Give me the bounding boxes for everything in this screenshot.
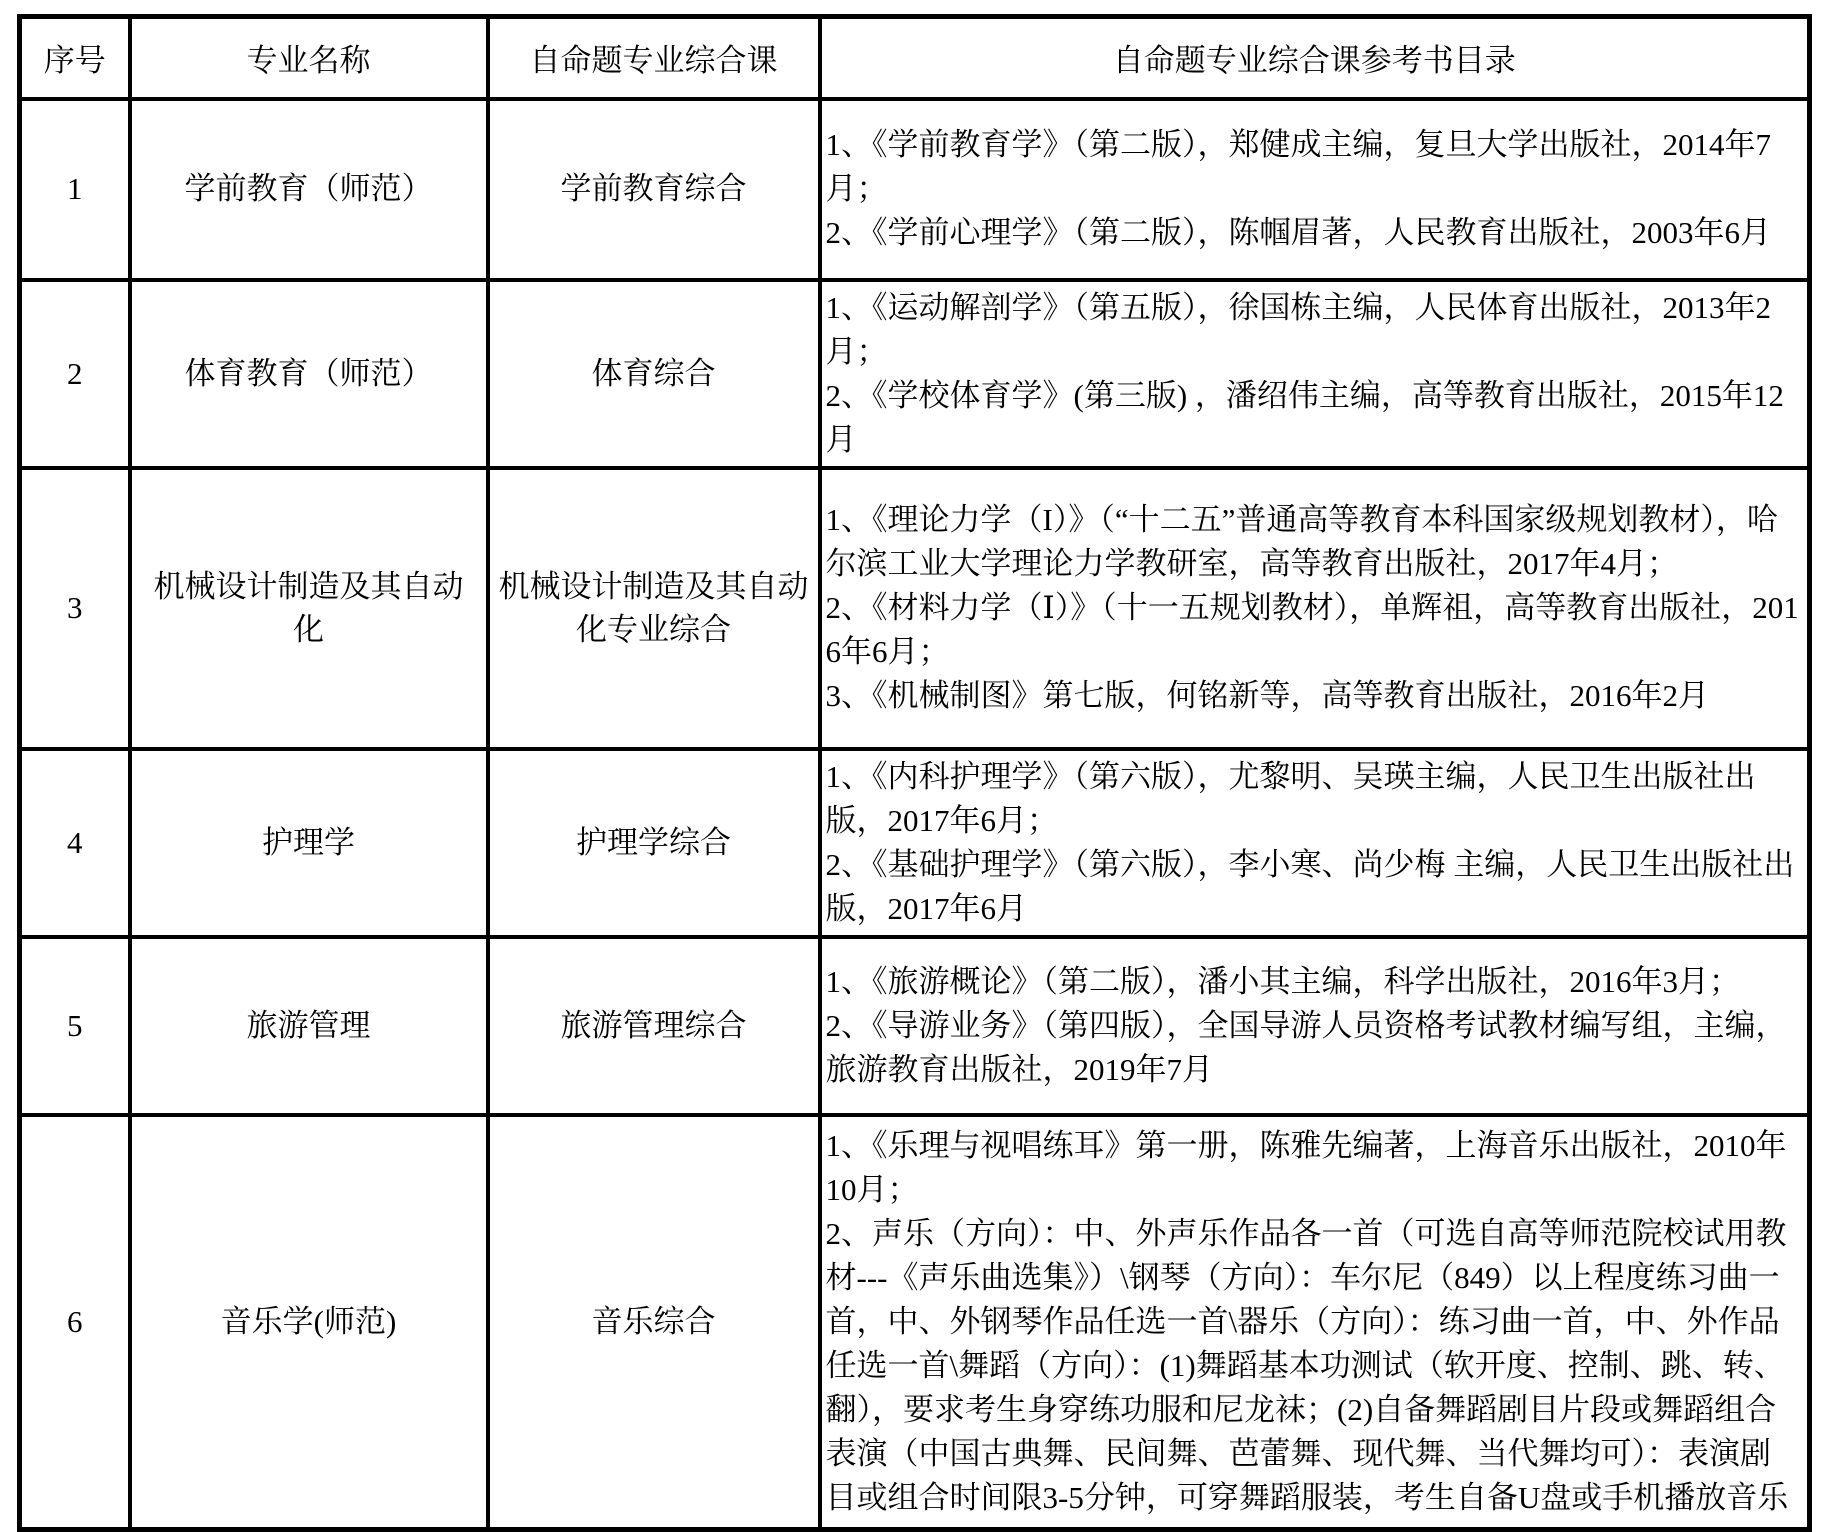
row-number: 4	[20, 749, 130, 937]
row-number: 2	[20, 280, 130, 468]
refs-cell: 1、《乐理与视唱练耳》第一册，陈雅先编著，上海音乐出版社，2010年10月；2、…	[820, 1115, 1810, 1530]
reference-item: 1、《运动解剖学》（第五版），徐国栋主编，人民体育出版社，2013年2月；	[826, 286, 1802, 374]
refs-cell: 1、《学前教育学》（第二版），郑健成主编，复旦大学出版社，2014年7月；2、《…	[820, 99, 1810, 280]
table-body: 1 学前教育（师范） 学前教育综合 1、《学前教育学》（第二版），郑健成主编，复…	[20, 99, 1810, 1530]
reference-item: 2、声乐（方向）：中、外声乐作品各一首（可选自高等师范院校试用教材---《声乐曲…	[826, 1212, 1802, 1520]
course-name: 机械设计制造及其自动化专业综合	[488, 468, 820, 749]
reference-item: 1、《理论力学（I）》（“十二五”普通高等教育本科国家级规划教材），哈尔滨工业大…	[826, 498, 1802, 586]
refs-cell: 1、《运动解剖学》（第五版），徐国栋主编，人民体育出版社，2013年2月；2、《…	[820, 280, 1810, 468]
header-cell-refs: 自命题专业综合课参考书目录	[820, 17, 1810, 99]
major-name: 护理学	[130, 749, 488, 937]
course-name: 旅游管理综合	[488, 937, 820, 1115]
major-name: 音乐学(师范)	[130, 1115, 488, 1530]
header-cell-no: 序号	[20, 17, 130, 99]
table-row: 3 机械设计制造及其自动化 机械设计制造及其自动化专业综合 1、《理论力学（I）…	[20, 468, 1810, 749]
row-number: 3	[20, 468, 130, 749]
course-name: 学前教育综合	[488, 99, 820, 280]
table-row: 5 旅游管理 旅游管理综合 1、《旅游概论》（第二版），潘小其主编，科学出版社，…	[20, 937, 1810, 1115]
reference-books-table: 序号 专业名称 自命题专业综合课 自命题专业综合课参考书目录 1 学前教育（师范…	[17, 14, 1812, 1532]
major-name: 体育教育（师范）	[130, 280, 488, 468]
refs-cell: 1、《内科护理学》（第六版），尤黎明、吴瑛主编，人民卫生出版社出版，2017年6…	[820, 749, 1810, 937]
table-row: 6 音乐学(师范) 音乐综合 1、《乐理与视唱练耳》第一册，陈雅先编著，上海音乐…	[20, 1115, 1810, 1530]
row-number: 1	[20, 99, 130, 280]
row-number: 5	[20, 937, 130, 1115]
row-number: 6	[20, 1115, 130, 1530]
table-row: 1 学前教育（师范） 学前教育综合 1、《学前教育学》（第二版），郑健成主编，复…	[20, 99, 1810, 280]
reference-item: 2、《导游业务》（第四版），全国导游人员资格考试教材编写组，主编，旅游教育出版社…	[826, 1004, 1802, 1092]
refs-cell: 1、《理论力学（I）》（“十二五”普通高等教育本科国家级规划教材），哈尔滨工业大…	[820, 468, 1810, 749]
header-row: 序号 专业名称 自命题专业综合课 自命题专业综合课参考书目录	[20, 17, 1810, 99]
header-cell-course: 自命题专业综合课	[488, 17, 820, 99]
reference-item: 3、《机械制图》第七版，何铭新等，高等教育出版社，2016年2月	[826, 674, 1802, 718]
table-row: 2 体育教育（师范） 体育综合 1、《运动解剖学》（第五版），徐国栋主编，人民体…	[20, 280, 1810, 468]
reference-item: 1、《内科护理学》（第六版），尤黎明、吴瑛主编，人民卫生出版社出版，2017年6…	[826, 755, 1802, 843]
major-name: 旅游管理	[130, 937, 488, 1115]
course-name: 音乐综合	[488, 1115, 820, 1530]
refs-cell: 1、《旅游概论》（第二版），潘小其主编，科学出版社，2016年3月；2、《导游业…	[820, 937, 1810, 1115]
reference-item: 2、《学校体育学》(第三版) ，潘绍伟主编，高等教育出版社，2015年12月	[826, 374, 1802, 462]
table-header: 序号 专业名称 自命题专业综合课 自命题专业综合课参考书目录	[20, 17, 1810, 99]
reference-item: 2、《学前心理学》（第二版），陈帼眉著，人民教育出版社，2003年6月	[826, 211, 1802, 255]
reference-item: 2、《材料力学（Ⅰ）》（十一五规划教材），单辉祖，高等教育出版社，2016年6月…	[826, 586, 1802, 674]
reference-item: 2、《基础护理学》（第六版），李小寒、尚少梅 主编，人民卫生出版社出版，2017…	[826, 843, 1802, 931]
reference-item: 1、《学前教育学》（第二版），郑健成主编，复旦大学出版社，2014年7月；	[826, 123, 1802, 211]
reference-item: 1、《乐理与视唱练耳》第一册，陈雅先编著，上海音乐出版社，2010年10月；	[826, 1124, 1802, 1212]
course-name: 护理学综合	[488, 749, 820, 937]
major-name: 机械设计制造及其自动化	[130, 468, 488, 749]
document-page: 序号 专业名称 自命题专业综合课 自命题专业综合课参考书目录 1 学前教育（师范…	[0, 0, 1824, 1524]
table-row: 4 护理学 护理学综合 1、《内科护理学》（第六版），尤黎明、吴瑛主编，人民卫生…	[20, 749, 1810, 937]
major-name: 学前教育（师范）	[130, 99, 488, 280]
course-name: 体育综合	[488, 280, 820, 468]
header-cell-major: 专业名称	[130, 17, 488, 99]
reference-item: 1、《旅游概论》（第二版），潘小其主编，科学出版社，2016年3月；	[826, 960, 1802, 1004]
